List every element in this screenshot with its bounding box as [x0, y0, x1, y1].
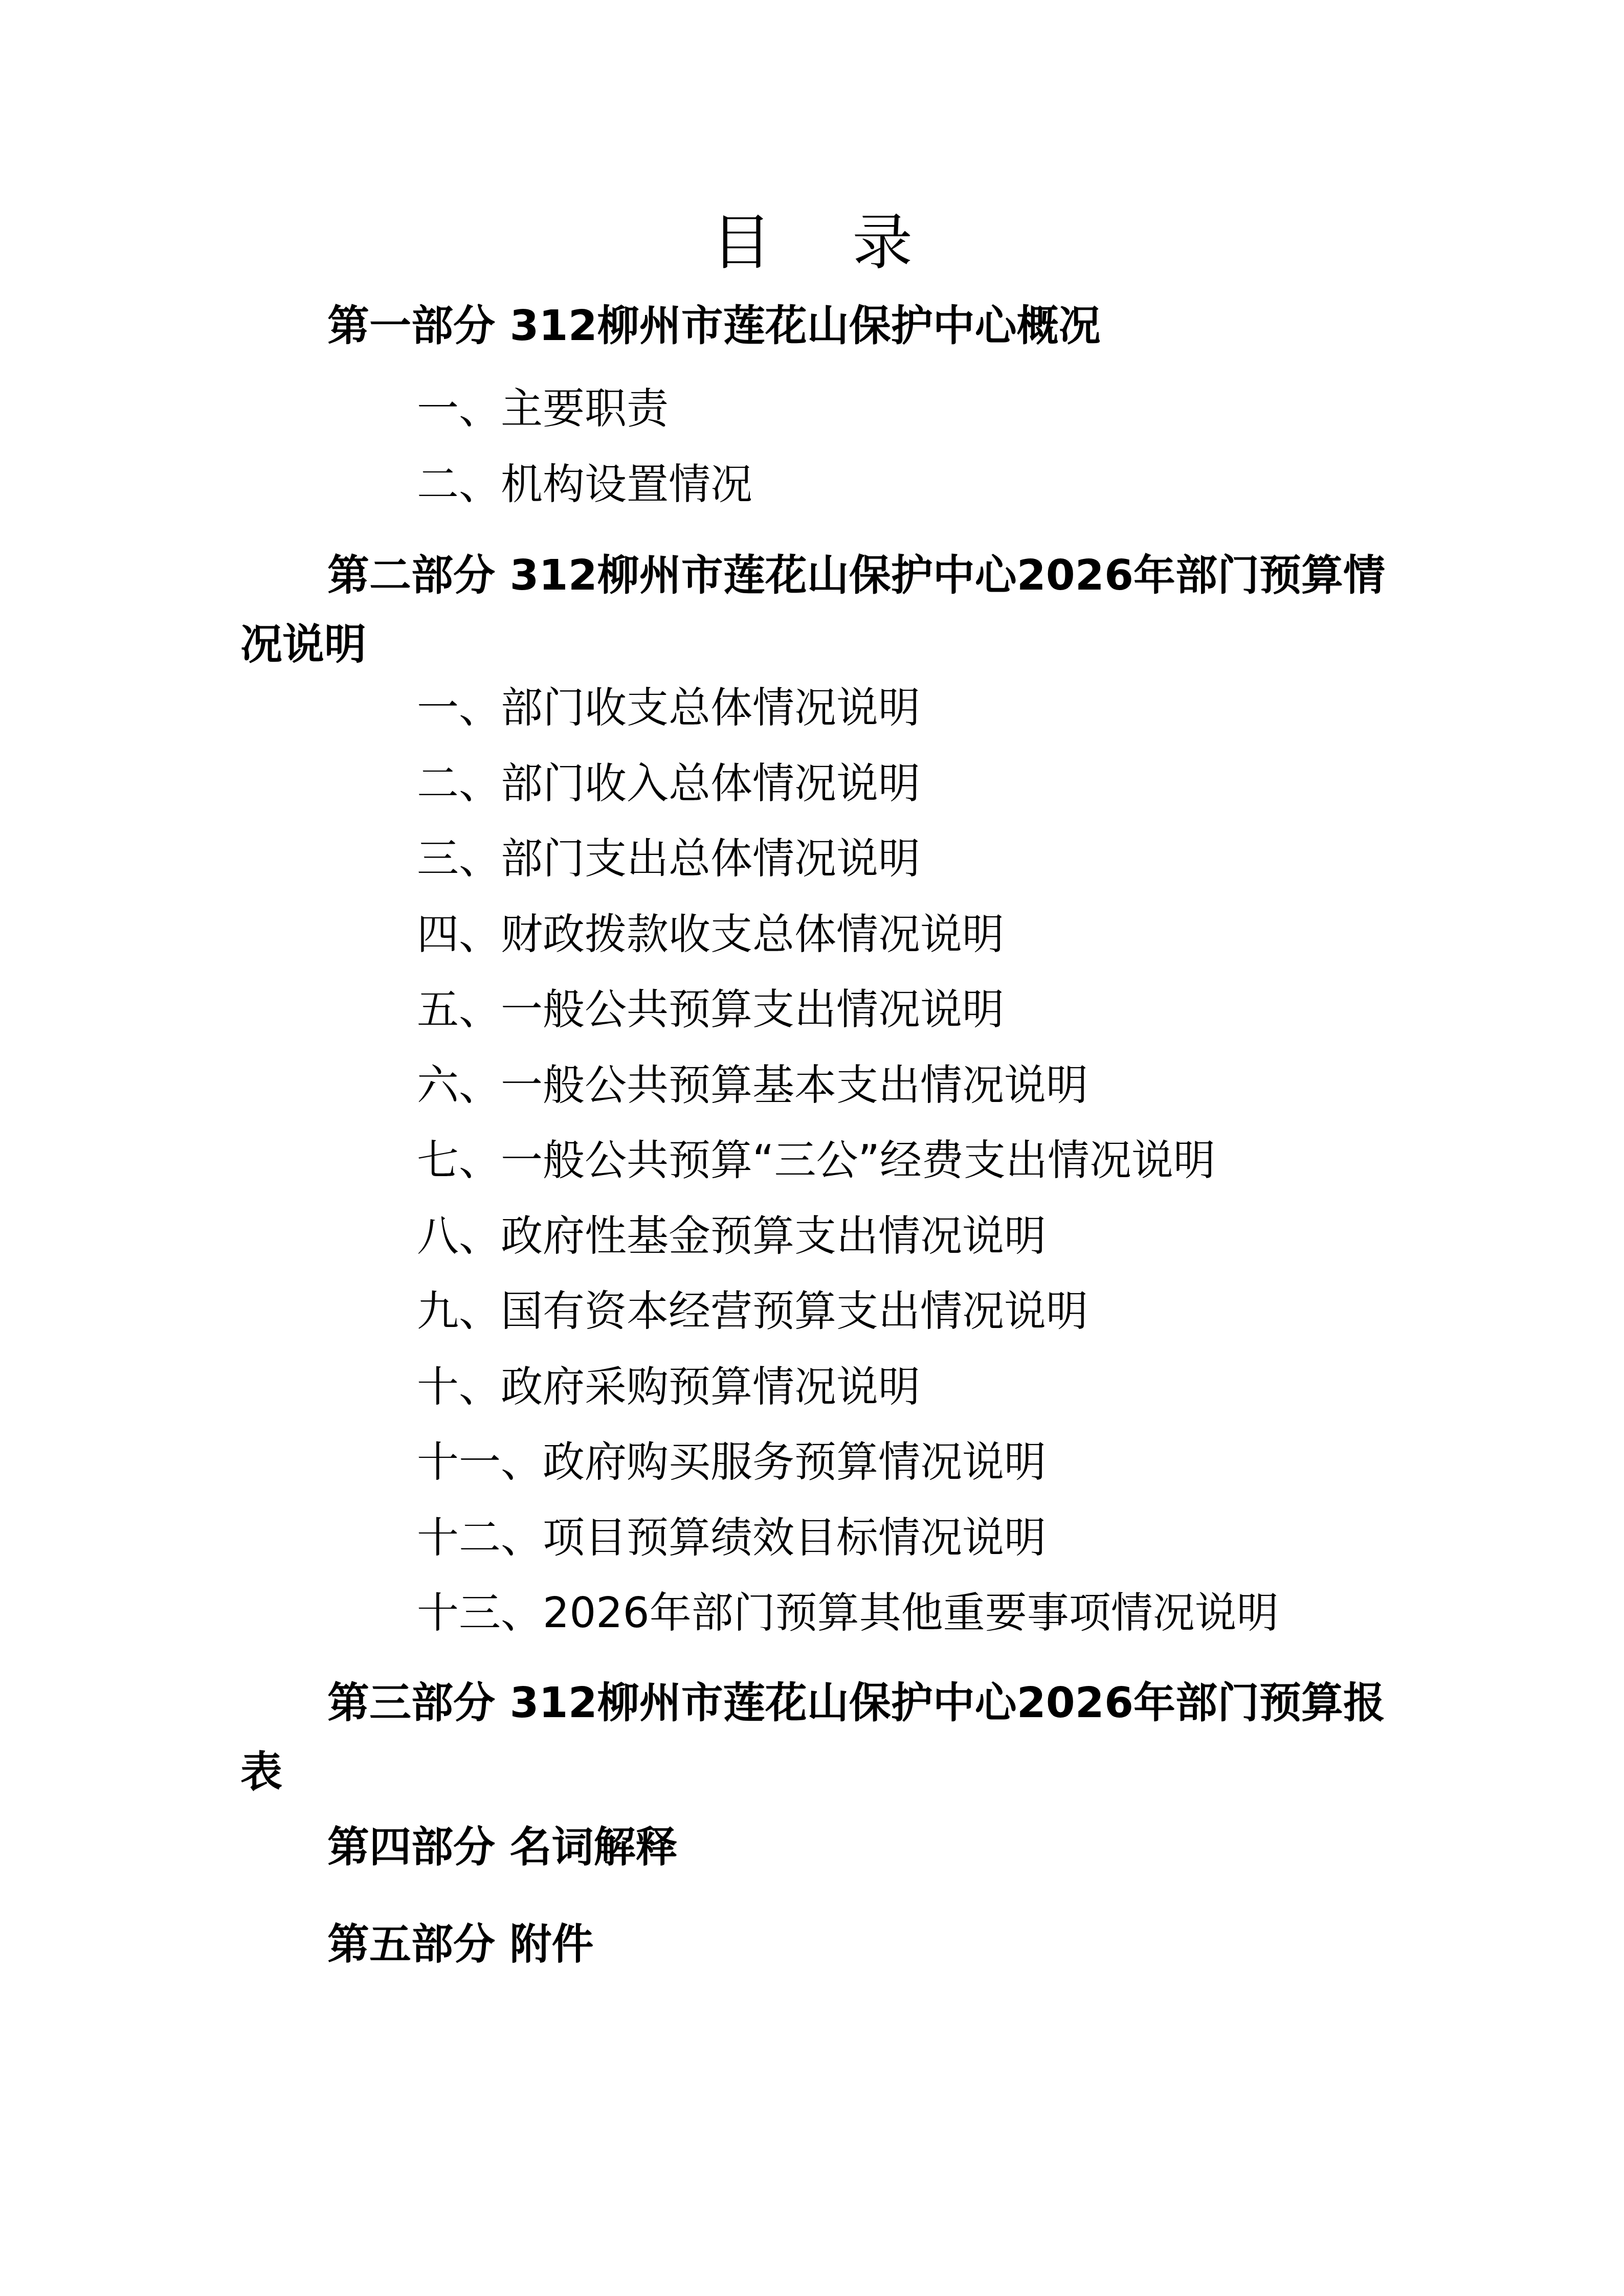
toc-item-1-1[interactable]: 一、主要职责	[417, 381, 669, 437]
toc-item-2-1[interactable]: 一、部门收支总体情况说明	[417, 680, 920, 736]
toc-item-2-10[interactable]: 十、政府采购预算情况说明	[417, 1359, 920, 1415]
toc-part-4[interactable]: 第四部分 名词解释	[240, 1813, 1386, 1882]
toc-item-2-3[interactable]: 三、部门支出总体情况说明	[417, 831, 920, 887]
toc-part-3[interactable]: 第三部分 312柳州市莲花山保护中心2026年部门预算报表	[240, 1669, 1386, 1807]
toc-item-2-2[interactable]: 二、部门收入总体情况说明	[417, 756, 920, 812]
toc-item-2-4[interactable]: 四、财政拨款收支总体情况说明	[417, 907, 1004, 963]
toc-item-2-12[interactable]: 十二、项目预算绩效目标情况说明	[417, 1510, 1046, 1566]
toc-item-2-8[interactable]: 八、政府性基金预算支出情况说明	[417, 1208, 1046, 1265]
toc-part-2[interactable]: 第二部分 312柳州市莲花山保护中心2026年部门预算情况说明	[240, 541, 1386, 679]
toc-item-2-13[interactable]: 十三、2026年部门预算其他重要事项情况说明	[417, 1585, 1279, 1641]
toc-item-2-5[interactable]: 五、一般公共预算支出情况说明	[417, 982, 1004, 1038]
toc-title: 目 录	[0, 204, 1624, 281]
toc-item-2-6[interactable]: 六、一般公共预算基本支出情况说明	[417, 1057, 1088, 1114]
document-page: 目 录 第一部分 312柳州市莲花山保护中心概况 一、主要职责 二、机构设置情况…	[0, 0, 1624, 2296]
toc-part-5[interactable]: 第五部分 附件	[240, 1910, 1386, 1979]
toc-item-2-11[interactable]: 十一、政府购买服务预算情况说明	[417, 1434, 1046, 1491]
toc-part-1[interactable]: 第一部分 312柳州市莲花山保护中心概况	[240, 291, 1386, 361]
toc-item-2-7[interactable]: 七、一般公共预算“三公”经费支出情况说明	[417, 1133, 1215, 1189]
toc-item-2-9[interactable]: 九、国有资本经营预算支出情况说明	[417, 1284, 1088, 1340]
toc-item-1-2[interactable]: 二、机构设置情况	[417, 457, 752, 513]
